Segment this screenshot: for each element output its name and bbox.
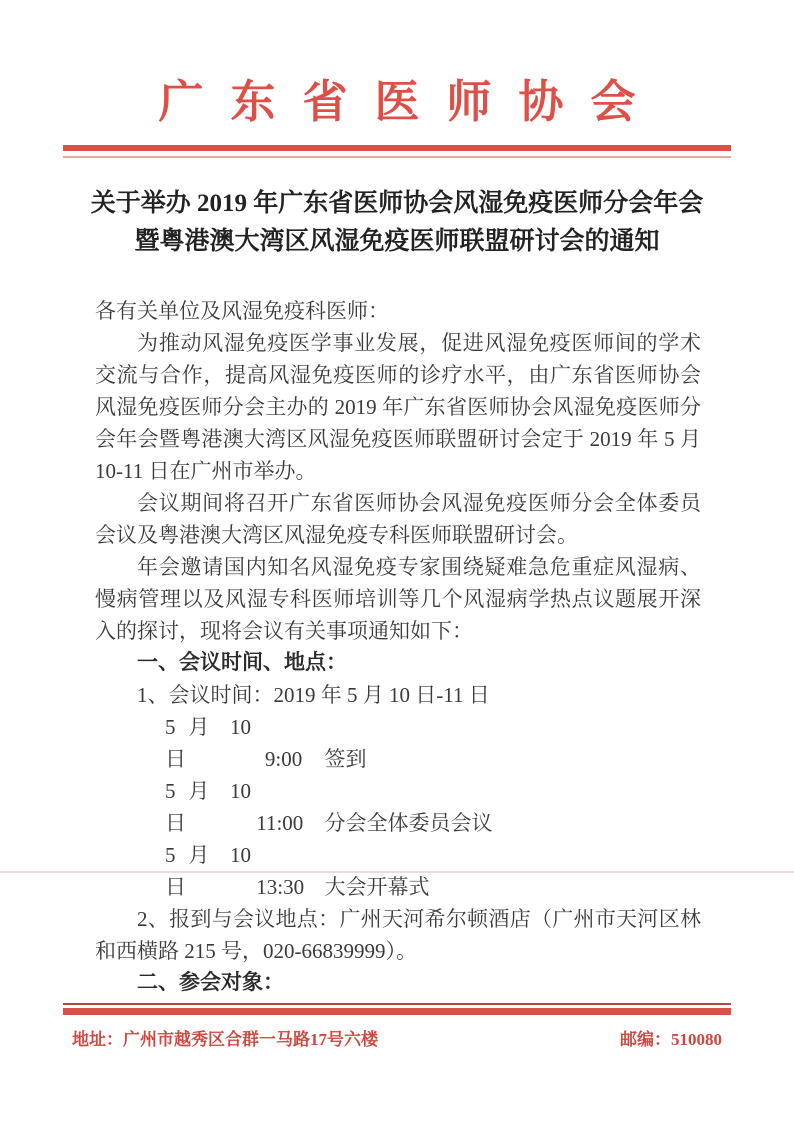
org-name: 广东省医师协会 [0, 78, 794, 126]
paragraph-meetings: 会议期间将召开广东省医师协会风湿免疫医师分会全体委员会议及粤港澳大湾区风湿免疫专… [95, 487, 701, 551]
footer-text: 地址：广州市越秀区合群一马路17号六楼 邮编：510080 [72, 1025, 722, 1050]
schedule-time: 11:00 [256, 807, 302, 839]
footer-divider-thin [63, 1003, 731, 1005]
greeting-line: 各有关单位及风湿免疫科医师： [95, 295, 701, 327]
schedule-time: 9:00 [256, 743, 302, 775]
schedule-date: 5 月 10 日 [165, 775, 251, 839]
document-title: 关于举办 2019 年广东省医师协会风湿免疫医师分会年会 暨粤港澳大湾区风湿免疫… [0, 185, 794, 261]
document-body: 各有关单位及风湿免疫科医师： 为推动风湿免疫医学事业发展，促进风湿免疫医师间的学… [95, 295, 701, 1095]
meeting-time-line: 1、会议时间：2019 年 5 月 10 日-11 日 [95, 679, 701, 711]
schedule-event: 签到 [308, 747, 367, 771]
schedule-row: 5 月 10 日 11:00 分会全体委员会议 [95, 775, 701, 839]
meeting-location-line: 2、报到与会议地点：广州天河希尔顿酒店（广州市天河区林和西横路 215 号，02… [95, 903, 701, 967]
footer-postcode: 邮编：510080 [620, 1025, 722, 1050]
document-title-line2: 暨粤港澳大湾区风湿免疫医师联盟研讨会的通知 [0, 223, 794, 261]
paragraph-intro: 为推动风湿免疫医学事业发展，促进风湿免疫医师间的学术交流与合作，提高风湿免疫医师… [95, 327, 701, 487]
schedule-row: 5 月 10 日 13:30 大会开幕式 [95, 839, 701, 903]
schedule-event: 大会开幕式 [308, 875, 430, 899]
header-divider-thin [63, 156, 731, 158]
header-divider-thick [63, 145, 731, 151]
footer-address: 地址：广州市越秀区合群一马路17号六楼 [72, 1025, 378, 1050]
schedule-date: 5 月 10 日 [165, 839, 251, 903]
footer-divider-thick [63, 1008, 731, 1015]
schedule-row: 5 月 10 日 9:00 签到 [95, 711, 701, 775]
schedule-time: 13:30 [256, 871, 302, 903]
paragraph-topics: 年会邀请国内知名风湿免疫专家围绕疑难急危重症风湿病、慢病管理以及风湿专科医师培训… [95, 551, 701, 647]
page-footer: 地址：广州市越秀区合群一马路17号六楼 邮编：510080 [0, 1003, 794, 1123]
schedule-date: 5 月 10 日 [165, 711, 251, 775]
section1-heading: 一、会议时间、地点： [95, 647, 701, 679]
document-title-line1: 关于举办 2019 年广东省医师协会风湿免疫医师分会年会 [0, 185, 794, 223]
document-page: 广东省医师协会 关于举办 2019 年广东省医师协会风湿免疫医师分会年会 暨粤港… [0, 0, 794, 1123]
section2-heading: 二、参会对象： [95, 967, 701, 999]
schedule-event: 分会全体委员会议 [308, 811, 493, 835]
